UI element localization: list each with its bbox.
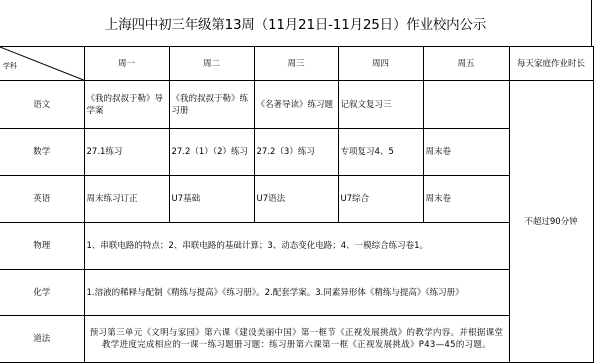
subject-column-label: 学科 bbox=[3, 60, 17, 72]
homework-cell: 27.1练习 bbox=[84, 129, 169, 176]
table-row-math: 数学 27.1练习 27.2（1）（2）练习 27.2（3）练习 专项复习4、5… bbox=[0, 129, 593, 176]
subject-cell: 物理 bbox=[0, 223, 84, 270]
homework-cell: 27.2（1）（2）练习 bbox=[169, 129, 254, 176]
homework-cell-span: 1、串联电路的特点；2、串联电路的基础计算；3、动态变化电路；4、一模综合练习卷… bbox=[84, 223, 509, 270]
header-day-fri: 周五 bbox=[423, 47, 509, 81]
corner-header-cell: 学科 bbox=[0, 47, 84, 81]
homework-cell-span: 1.溶液的稀释与配制《精练与提高》《练习册》。2.配套学案。3.同素异形体《精练… bbox=[84, 270, 509, 316]
header-day-wed: 周三 bbox=[254, 47, 338, 81]
header-duration: 每天家庭作业时长 bbox=[509, 47, 593, 81]
homework-cell: 专项复习4、5 bbox=[338, 129, 423, 176]
table-row-english: 英语 周末练习订正 U7基础 U7语法 U7综合 周末卷 bbox=[0, 176, 593, 223]
header-day-thu: 周四 bbox=[338, 47, 423, 81]
homework-cell: 《我的叔叔于勒》导学案 bbox=[84, 81, 169, 129]
homework-cell: U7语法 bbox=[254, 176, 338, 223]
homework-cell: 《我的叔叔于勒》练习册 bbox=[169, 81, 254, 129]
homework-cell: 周末卷 bbox=[423, 129, 509, 176]
table-row-chinese: 语文 《我的叔叔于勒》导学案 《我的叔叔于勒》练习册 《名著导读》练习题 记叙文… bbox=[0, 81, 593, 129]
homework-cell: 周末卷 bbox=[423, 176, 509, 223]
homework-cell: 记叙文复习三 bbox=[338, 81, 423, 129]
header-row: 学科 周一 周二 周三 周四 周五 每天家庭作业时长 bbox=[0, 47, 593, 81]
homework-cell: U7基础 bbox=[169, 176, 254, 223]
subject-cell: 语文 bbox=[0, 81, 84, 129]
homework-cell: 《名著导读》练习题 bbox=[254, 81, 338, 129]
subject-cell: 英语 bbox=[0, 176, 84, 223]
homework-cell bbox=[423, 81, 509, 129]
subject-cell: 化学 bbox=[0, 270, 84, 316]
subject-cell: 数学 bbox=[0, 129, 84, 176]
homework-cell: 周末练习订正 bbox=[84, 176, 169, 223]
table-row-morality-law: 道法 预习第三单元《文明与家园》第六课《建设美丽中国》第一框节《正视发展挑战》的… bbox=[0, 316, 593, 363]
header-day-mon: 周一 bbox=[84, 47, 169, 81]
page-title: 上海四中初三年级第13周（11月21日-11月25日）作业校内公示 bbox=[0, 0, 592, 46]
homework-cell: 27.2（3）练习 bbox=[254, 129, 338, 176]
homework-notice-sheet: 上海四中初三年级第13周（11月21日-11月25日）作业校内公示 学科 周一 … bbox=[0, 0, 596, 364]
duration-cell: 不超过90分钟 bbox=[509, 81, 593, 363]
table-row-physics: 物理 1、串联电路的特点；2、串联电路的基础计算；3、动态变化电路；4、一模综合… bbox=[0, 223, 593, 270]
homework-cell-span: 预习第三单元《文明与家园》第六课《建设美丽中国》第一框节《正视发展挑战》的教学内… bbox=[84, 316, 509, 363]
table-row-chemistry: 化学 1.溶液的稀释与配制《精练与提高》《练习册》。2.配套学案。3.同素异形体… bbox=[0, 270, 593, 316]
header-day-tue: 周二 bbox=[169, 47, 254, 81]
subject-cell: 道法 bbox=[0, 316, 84, 363]
homework-table: 学科 周一 周二 周三 周四 周五 每天家庭作业时长 语文 《我的叔叔于勒》导学… bbox=[0, 46, 594, 363]
homework-cell: U7综合 bbox=[338, 176, 423, 223]
